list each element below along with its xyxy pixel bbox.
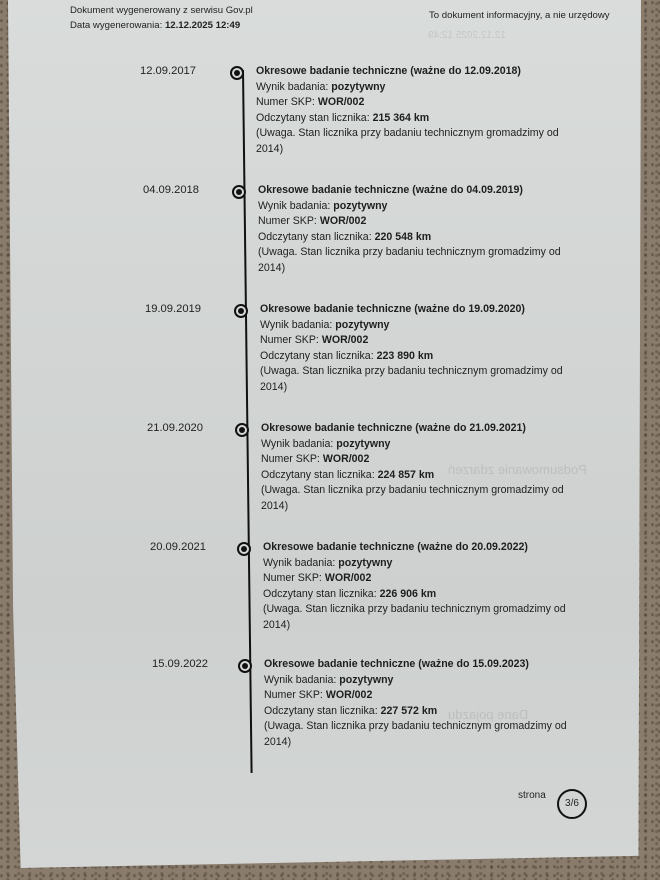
- source-text: Dokument wygenerowany z serwisu Gov.pl: [70, 3, 253, 18]
- inspection-skp: Numer SKP: WOR/002: [256, 95, 566, 111]
- timeline-dot-icon: [232, 185, 246, 199]
- inspection-title: Okresowe badanie techniczne (ważne do 12…: [256, 64, 566, 80]
- inspection-result: Wynik badania: pozytywny: [256, 80, 566, 96]
- inspection-odometer: Odczytany stan licznika: 226 906 km: [263, 587, 573, 603]
- inspection-result: Wynik badania: pozytywny: [261, 437, 571, 453]
- inspection-note: (Uwaga. Stan licznika przy badaniu techn…: [256, 126, 566, 157]
- inspection-skp: Numer SKP: WOR/002: [260, 333, 570, 349]
- inspection-note: (Uwaga. Stan licznika przy badaniu techn…: [264, 719, 574, 750]
- inspection-title: Okresowe badanie techniczne (ważne do 04…: [258, 183, 568, 199]
- disclaimer-text: To dokument informacyjny, a nie urzędowy: [429, 10, 610, 21]
- generated-date-label: Data wygenerowania:: [70, 20, 162, 31]
- inspection-note: (Uwaga. Stan licznika przy badaniu techn…: [260, 364, 570, 395]
- inspection-title: Okresowe badanie techniczne (ważne do 15…: [264, 657, 574, 673]
- inspection-details: Okresowe badanie techniczne (ważne do 19…: [260, 302, 570, 396]
- inspection-date: 21.09.2020: [113, 422, 203, 434]
- inspection-skp: Numer SKP: WOR/002: [258, 214, 568, 230]
- inspection-result: Wynik badania: pozytywny: [264, 673, 574, 689]
- generated-date-value: 12.12.2025 12:49: [165, 20, 240, 31]
- timeline-dot-icon: [238, 659, 252, 673]
- generated-date-line: Data wygenerowania: 12.12.2025 12:49: [70, 18, 253, 33]
- inspection-details: Okresowe badanie techniczne (ważne do 04…: [258, 183, 568, 277]
- inspection-title: Okresowe badanie techniczne (ważne do 19…: [260, 302, 570, 318]
- document-header-left: Dokument wygenerowany z serwisu Gov.pl D…: [70, 3, 253, 33]
- timeline-dot-icon: [237, 542, 251, 556]
- inspection-note: (Uwaga. Stan licznika przy badaniu techn…: [263, 602, 573, 633]
- inspection-result: Wynik badania: pozytywny: [258, 199, 568, 215]
- page-label: strona: [518, 790, 546, 801]
- document-page: Dokument wygenerowany z serwisu Gov.pl D…: [8, 0, 641, 868]
- inspection-note: (Uwaga. Stan licznika przy badaniu techn…: [258, 245, 568, 276]
- page-number-badge: 3/6: [557, 789, 587, 819]
- inspection-odometer: Odczytany stan licznika: 223 890 km: [260, 349, 570, 365]
- inspection-skp: Numer SKP: WOR/002: [261, 452, 571, 468]
- timeline-dot-icon: [235, 423, 249, 437]
- inspection-result: Wynik badania: pozytywny: [263, 556, 573, 572]
- inspection-odometer: Odczytany stan licznika: 215 364 km: [256, 111, 566, 127]
- inspection-date: 12.09.2017: [106, 65, 196, 77]
- inspection-details: Okresowe badanie techniczne (ważne do 12…: [256, 64, 566, 158]
- inspection-skp: Numer SKP: WOR/002: [263, 571, 573, 587]
- inspection-details: Okresowe badanie techniczne (ważne do 15…: [264, 657, 574, 751]
- inspection-date: 15.09.2022: [118, 658, 208, 670]
- timeline-dot-icon: [230, 66, 244, 80]
- inspection-odometer: Odczytany stan licznika: 220 548 km: [258, 230, 568, 246]
- inspection-skp: Numer SKP: WOR/002: [264, 688, 574, 704]
- inspection-odometer: Odczytany stan licznika: 227 572 km: [264, 704, 574, 720]
- inspection-title: Okresowe badanie techniczne (ważne do 21…: [261, 421, 571, 437]
- inspection-note: (Uwaga. Stan licznika przy badaniu techn…: [261, 483, 571, 514]
- inspection-date: 19.09.2019: [111, 303, 201, 315]
- inspection-details: Okresowe badanie techniczne (ważne do 21…: [261, 421, 571, 515]
- inspection-result: Wynik badania: pozytywny: [260, 318, 570, 334]
- inspection-odometer: Odczytany stan licznika: 224 857 km: [261, 468, 571, 484]
- timeline-dot-icon: [234, 304, 248, 318]
- inspection-title: Okresowe badanie techniczne (ważne do 20…: [263, 540, 573, 556]
- inspection-details: Okresowe badanie techniczne (ważne do 20…: [263, 540, 573, 634]
- bleed-through-text: 12.12.2025 12:49: [428, 30, 506, 41]
- inspection-date: 04.09.2018: [109, 184, 199, 196]
- inspection-date: 20.09.2021: [116, 541, 206, 553]
